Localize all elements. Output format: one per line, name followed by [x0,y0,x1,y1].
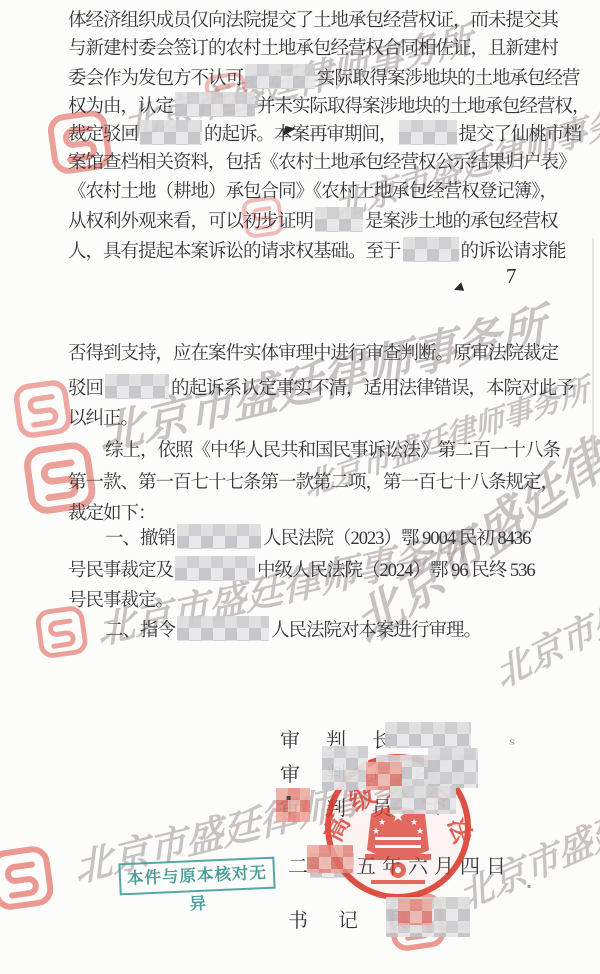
text-segment: 体经济组织成员仅向法院提交了土地承包经营权证，而未提交其 [68,11,558,31]
text-segment: 案馆查档相关资料，包括《农村土地承包经营权公示结果归户表》 [68,153,576,173]
text-segment: 号民事裁定及 [68,561,173,581]
document-line: 案馆查档相关资料，包括《农村土地承包经营权公示结果归户表》 [68,150,576,176]
redaction-mosaic [307,845,353,873]
fold-line-artifact [592,238,594,473]
watermark-text: 北京市盛廷律师事务所 [488,487,600,699]
document-line: 权为由，认定并未实际取得案涉地块的土地承包经营权， [68,92,590,120]
text-segment: 是案涉土地的承包经营权 [365,212,558,232]
scan-mark: ｓ [507,733,517,748]
law-firm-logo-icon [10,376,76,446]
svg-text:★: ★ [372,827,380,837]
text-segment: 人民法院对本案进行审理。 [271,621,481,641]
text-segment: 第一款、第一百七十七条第一款第二项，第一百七十八条规定， [68,473,558,493]
date-text: 二 [288,856,308,878]
document-line: 否得到支持，应在案件实体审理中进行审查判断。原审法院裁定 [68,341,558,367]
text-segment: 驳回 [68,379,103,399]
document-line: 二、指令人民法院对本案进行审理。 [105,616,481,644]
text-segment: 中级人民法院（2024）鄂 96 民终 536 [257,561,535,581]
text-segment: 以纠正。 [68,409,138,429]
redaction-mosaic [276,788,310,822]
verification-stamp: 本件与原本核对无异 [118,857,275,896]
redaction-mosaic [390,786,456,814]
text-segment: 委会作为发包方不认可 [68,69,243,89]
document-line: 裁定驳回的起诉。本案再审期间，提交了仙桃市档 [68,120,581,148]
text-segment: 的诉讼请求能 [461,242,566,262]
document-line: 与新建村委会签订的农村土地承包经营权合同相佐证，且新建村 [68,36,558,62]
svg-text:★: ★ [416,827,424,837]
redaction-mosaic [245,64,315,89]
redaction-mosaic [398,899,432,925]
document-line: 从权利外观来看，可以初步证明是案涉土地的承包经营权 [68,207,558,235]
text-segment: 二、指令 [105,621,175,641]
document-line: 《农村土地（耕地）承包合同》《农村土地承包经营权登记簿》， [68,179,557,205]
scan-mark: ▪ [527,883,531,890]
document-line: 以纠正。 [68,406,138,432]
text-segment: 《农村土地（耕地）承包合同》《农村土地承包经营权登记簿》， [68,182,557,202]
document-line: 号民事裁定及中级人民法院（2024）鄂 96 民终 536 [68,556,535,584]
text-segment: 从权利外观来看，可以初步证明 [68,212,313,232]
document-line: 第一款、第一百七十七条第一款第二项，第一百七十八条规定， [68,470,558,496]
text-segment: 提交了仙桃市档 [459,125,582,145]
document-line: 体经济组织成员仅向法院提交了土地承包经营权证，而未提交其 [68,8,558,34]
text-segment: 一、撤销 [105,529,175,549]
document-line: 委会作为发包方不认可实际取得案涉地块的土地承包经营 [68,64,580,92]
text-segment: 与新建村委会签订的农村土地承包经营权合同相佐证，且新建村 [68,39,558,59]
redaction-mosaic [315,207,363,232]
text-segment: 实际取得案涉地块的土地承包经营 [317,69,580,89]
redaction-mosaic [385,722,471,748]
redaction-mosaic [177,616,269,641]
redaction-mosaic [175,92,255,117]
scanned-court-document-page: 北京市盛廷律师事务所北京市盛廷律师事务所北京市盛廷律师事务所北京市盛廷律师事务所… [0,0,600,974]
redaction-mosaic [322,746,368,790]
text-segment: 裁定驳回 [68,125,138,145]
text-segment: 人，具有提起本案诉讼的请求权基础。至于 [68,242,401,262]
redaction-mosaic [177,524,261,549]
scan-mark: ▶ [452,281,465,297]
law-firm-logo-icon [0,842,58,919]
redaction-mosaic [175,556,255,581]
redaction-mosaic [399,120,457,145]
redaction-mosaic [140,120,202,145]
text-segment: 裁定如下： [68,504,156,524]
document-line: 一、撤销人民法院（2023）鄂 9004 民初 8436 [105,524,530,552]
text-segment: 的起诉。本案再审期间， [204,125,397,145]
text-segment: 权为由，认定 [68,97,173,117]
page-number: 7 [506,264,517,289]
text-segment: 否得到支持，应在案件实体审理中进行审查判断。原审法院裁定 [68,344,558,364]
document-line: 人，具有提起本案诉讼的请求权基础。至于的诉讼请求能 [68,237,566,265]
redaction-mosaic [428,748,478,788]
text-segment: 的起诉系认定事实不清，适用法律错误，本院对此予 [171,379,574,399]
document-line: 驳回的起诉系认定事实不清，适用法律错误，本院对此予 [68,374,574,402]
text-segment: 号民事裁定。 [68,591,173,611]
document-line: 号民事裁定。 [68,588,173,614]
document-line: 综上，依照《中华人民共和国民事诉讼法》第二百一十八条 [105,438,560,464]
text-segment: 综上，依照《中华人民共和国民事诉讼法》第二百一十八条 [105,441,560,461]
text-segment: 并未实际取得案涉地块的土地承包经营权， [257,97,590,117]
redaction-mosaic [403,237,459,262]
text-segment: 人民法院（2023）鄂 9004 民初 8436 [263,529,530,549]
redaction-mosaic [105,374,169,399]
